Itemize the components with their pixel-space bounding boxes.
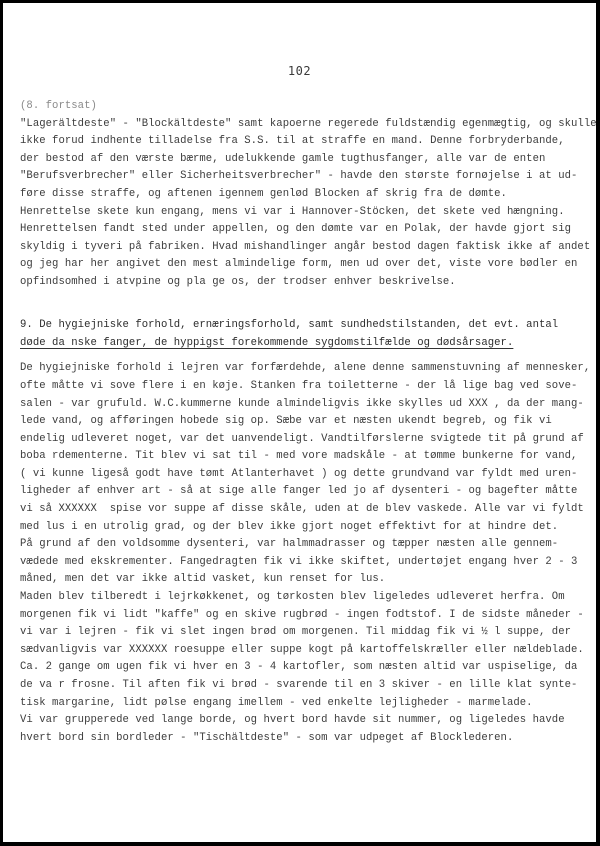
text-line: og jeg har her angivet den mest almindel…: [20, 256, 590, 274]
text-line: vædede med ekskrementer. Fangedragten fi…: [20, 554, 590, 572]
text-line: vi var i lejren - fik vi slet ingen brød…: [20, 624, 590, 642]
text-line: ligheder af enhver art - så at sige alle…: [20, 483, 590, 501]
text-line: På grund af den voldsomme dysenteri, var…: [20, 536, 590, 554]
text-line: boba rdementerne. Tit blev vi sat til - …: [20, 448, 590, 466]
text-line: sædvanligvis var XXXXXX roesuppe eller s…: [20, 642, 590, 660]
text-line: De hygiejniske forhold i lejren var forf…: [20, 360, 590, 378]
text-line: "Lagerältdeste" - "Blockältdeste" samt k…: [20, 116, 590, 134]
text-line: vi så XXXXXX spise vor suppe af disse sk…: [20, 501, 590, 519]
text-line: ikke forud indhente tilladelse fra S.S. …: [20, 133, 590, 151]
document-page: 102 (8. fortsat) "Lagerältdeste" - "Bloc…: [3, 3, 596, 842]
text-line: tisk margarine, lidt pølse engang imelle…: [20, 695, 590, 713]
text-line: "Berufsverbrecher" eller Sicherheitsverb…: [20, 168, 590, 186]
section-9-heading-line-2: døde da nske fanger, de hyppigst forekom…: [20, 335, 590, 353]
text-line: de va r frosne. Til aften fik vi brød - …: [20, 677, 590, 695]
continuation-label: (8. fortsat): [20, 98, 590, 116]
page-number: 102: [3, 64, 596, 78]
document-body: (8. fortsat) "Lagerältdeste" - "Blockält…: [20, 98, 590, 747]
text-line: Ca. 2 gange om ugen fik vi hver en 3 - 4…: [20, 659, 590, 677]
text-line: Maden blev tilberedt i lejrkøkkenet, og …: [20, 589, 590, 607]
text-line: lede vand, og afføringen hobede sig op. …: [20, 413, 590, 431]
text-line: Henrettelsen fandt sted under appellen, …: [20, 221, 590, 239]
text-line: Vi var grupperede ved lange borde, og hv…: [20, 712, 590, 730]
section-9-heading-line-1: 9. De hygiejniske forhold, ernæringsforh…: [20, 317, 590, 335]
text-line: endelig udleveret noget, var det uanvend…: [20, 431, 590, 449]
text-line: føre disse straffe, og aftenen igennem g…: [20, 186, 590, 204]
paragraph-2: De hygiejniske forhold i lejren var forf…: [20, 360, 590, 747]
text-line: opfindsomhed i atvpine og pla ge os, der…: [20, 274, 590, 292]
text-line: Henrettelse skete kun engang, mens vi va…: [20, 204, 590, 222]
text-line: skyldig i tyveri på fabriken. Hvad misha…: [20, 239, 590, 257]
paragraph-1: "Lagerältdeste" - "Blockältdeste" samt k…: [20, 116, 590, 292]
text-line: med lus i en utrolig grad, og der blev i…: [20, 519, 590, 537]
text-line: der bestod af den værste bærme, udelukke…: [20, 151, 590, 169]
text-line: måned, men det var ikke altid vasket, ku…: [20, 571, 590, 589]
text-line: morgenen fik vi lidt "kaffe" og en skive…: [20, 607, 590, 625]
text-line: ofte måtte vi sove flere i en køje. Stan…: [20, 378, 590, 396]
text-line: hvert bord sin bordleder - "Tischältdest…: [20, 730, 590, 748]
text-line: ( vi kunne ligeså godt have tømt Atlante…: [20, 466, 590, 484]
text-line: salen - var grufuld. W.C.kummerne kunde …: [20, 396, 590, 414]
